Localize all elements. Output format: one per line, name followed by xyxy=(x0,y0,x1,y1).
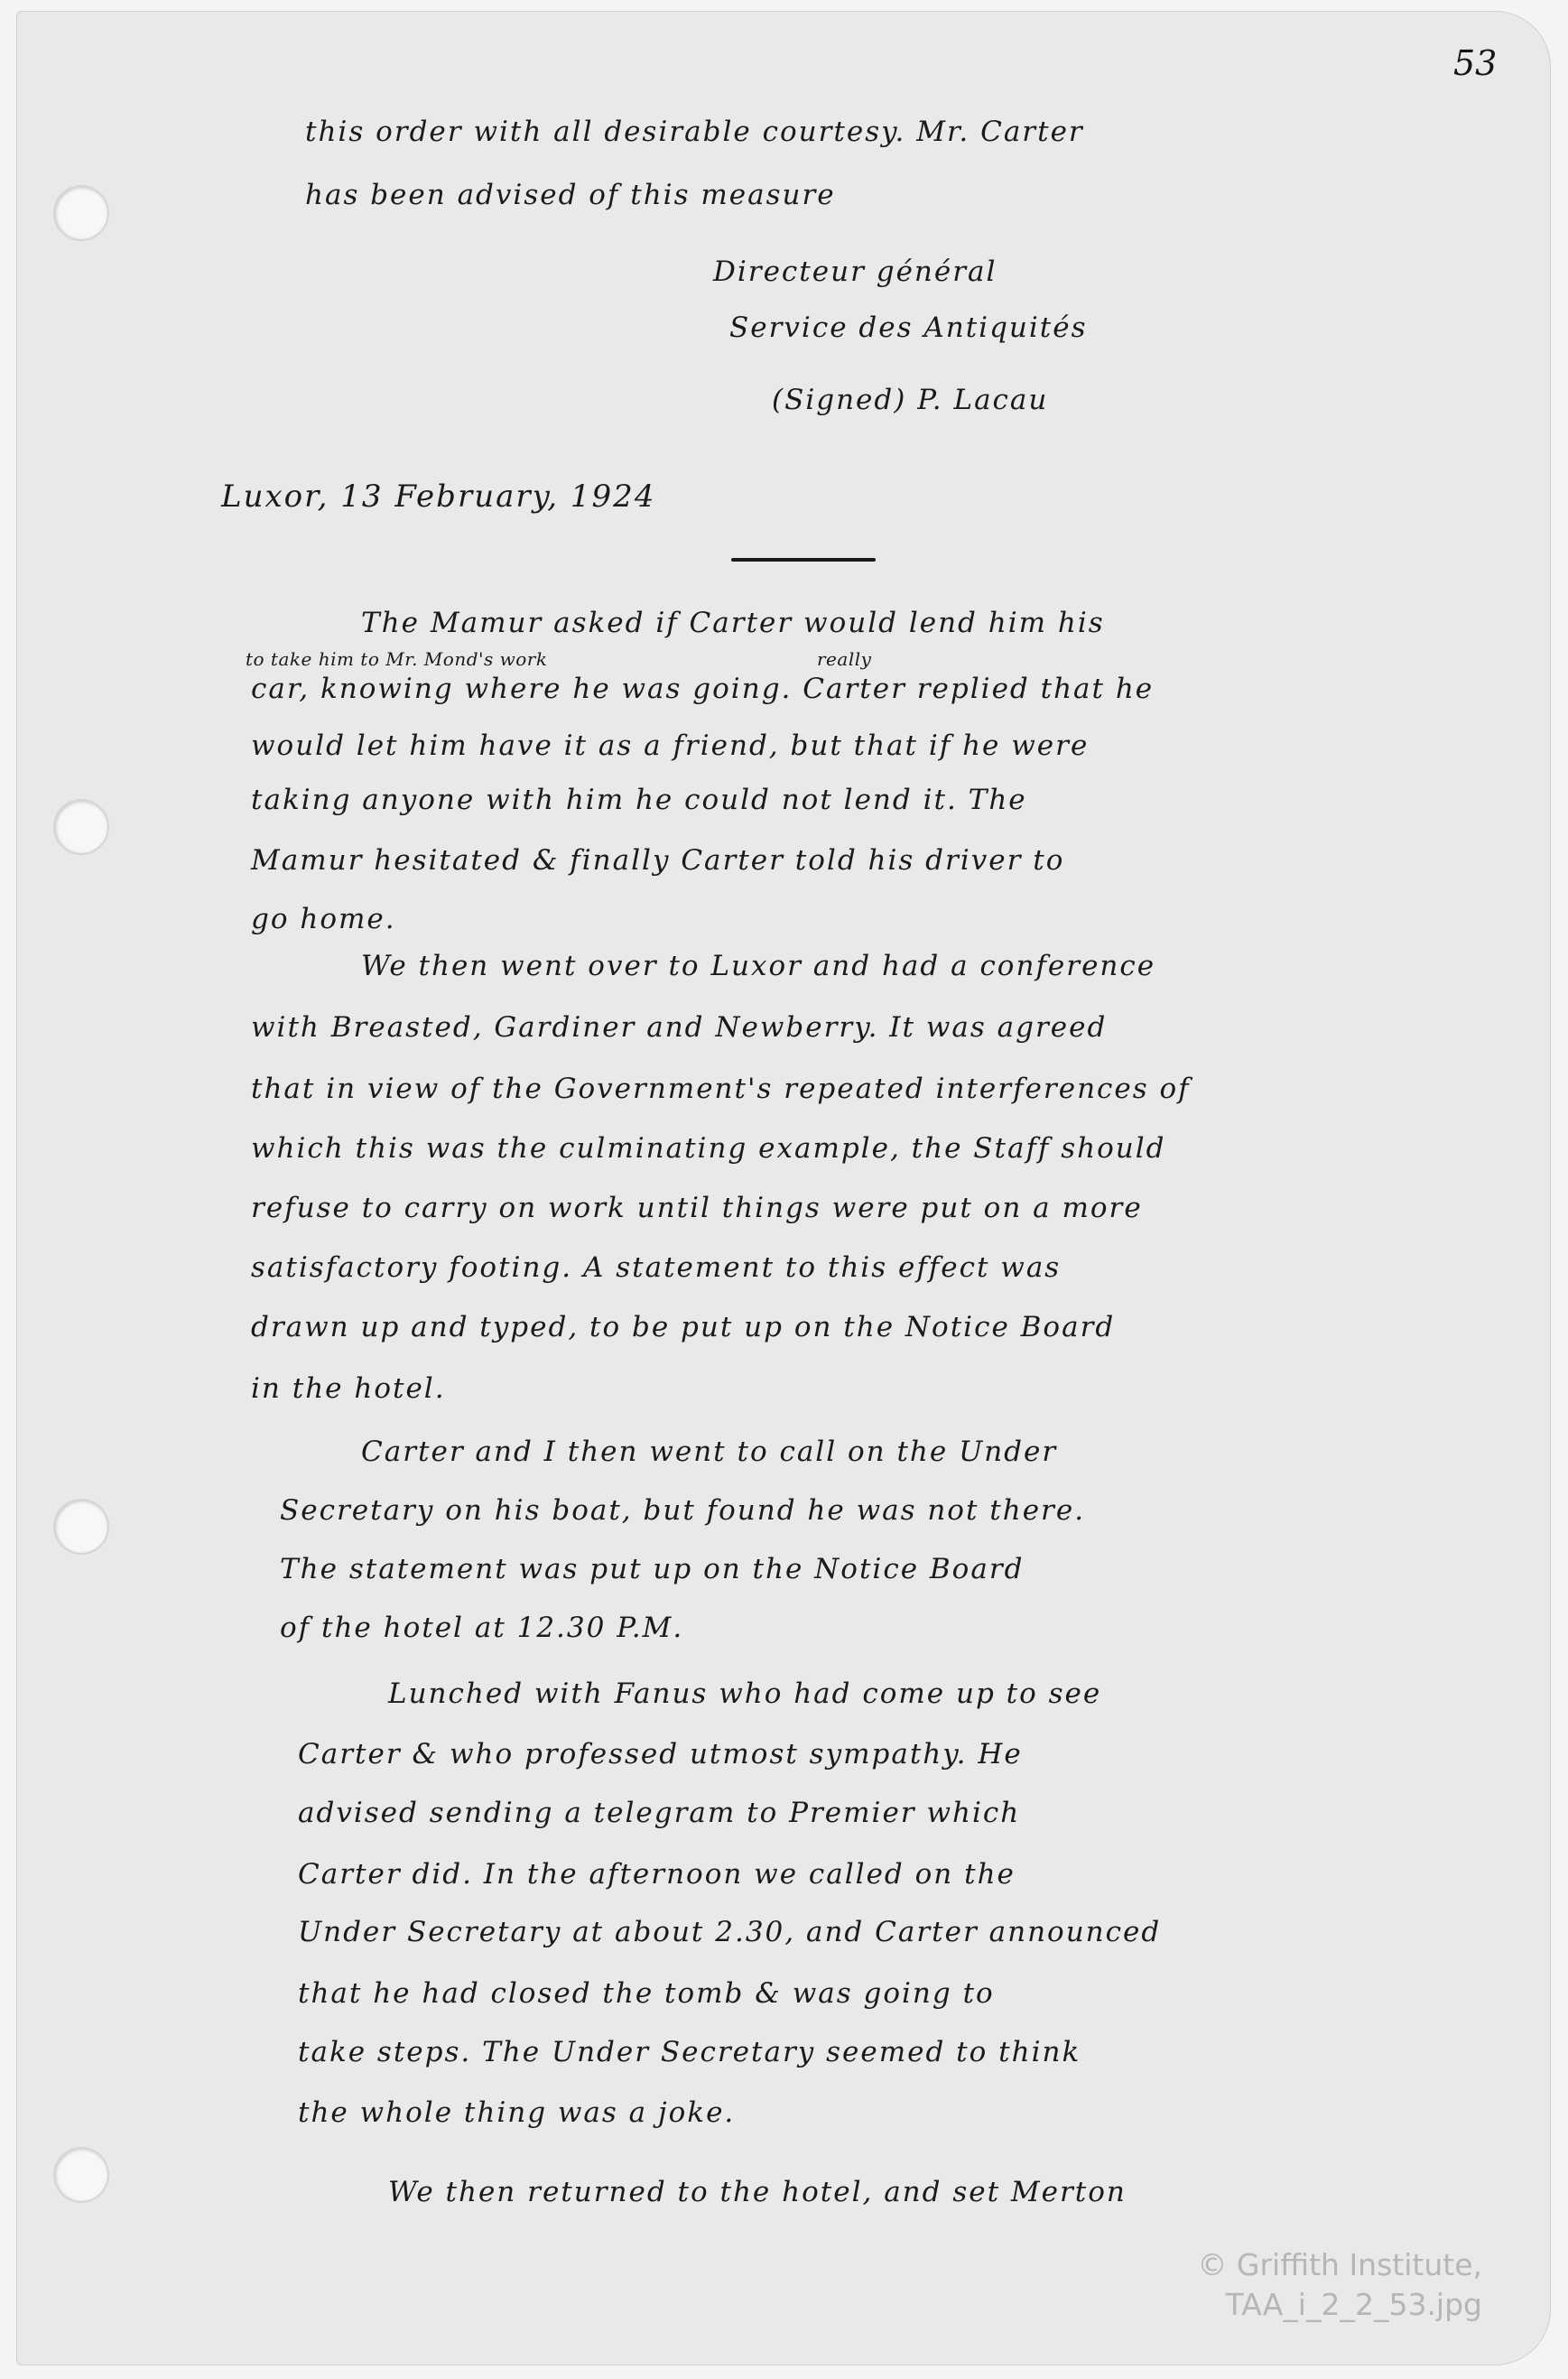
signature-service: Service des Antiquités xyxy=(729,311,1088,344)
signature-title: Directeur général xyxy=(713,256,997,288)
separator-rule xyxy=(731,558,876,562)
watermark-copyright: © Griffith Institute, xyxy=(1197,2245,1482,2285)
body-line: Carter & who professed utmost sympathy. … xyxy=(298,1738,1023,1770)
insertion-really: really xyxy=(817,648,871,670)
body-line: The Mamur asked if Carter would lend him… xyxy=(361,607,1105,639)
manuscript-page xyxy=(16,11,1551,2365)
insertion-car-purpose: to take him to Mr. Mond's work xyxy=(246,648,547,670)
body-line: taking anyone with him he could not lend… xyxy=(251,784,1027,816)
body-line: that he had closed the tomb & was going … xyxy=(298,1977,995,2010)
body-line: Lunched with Fanus who had come up to se… xyxy=(388,1677,1101,1710)
body-line: Mamur hesitated & finally Carter told hi… xyxy=(251,844,1064,877)
punch-hole xyxy=(55,2149,107,2201)
letter-line: this order with all desirable courtesy. … xyxy=(305,116,1084,148)
body-line: in the hotel. xyxy=(251,1372,446,1405)
body-line: drawn up and typed, to be put up on the … xyxy=(251,1311,1115,1343)
punch-hole xyxy=(55,801,107,853)
body-line: refuse to carry on work until things wer… xyxy=(251,1192,1143,1224)
letter-line: has been advised of this measure xyxy=(305,179,836,211)
body-line: with Breasted, Gardiner and Newberry. It… xyxy=(251,1011,1107,1044)
watermark: © Griffith Institute, TAA_i_2_2_53.jpg xyxy=(1197,2245,1482,2325)
body-line: We then returned to the hotel, and set M… xyxy=(388,2176,1127,2208)
body-line: take steps. The Under Secretary seemed t… xyxy=(298,2036,1081,2068)
body-line: car, knowing where he was going. Carter … xyxy=(251,673,1154,705)
body-line: advised sending a telegram to Premier wh… xyxy=(298,1797,1020,1829)
body-line: Carter did. In the afternoon we called o… xyxy=(298,1858,1016,1891)
body-line: of the hotel at 12.30 P.M. xyxy=(280,1612,683,1644)
body-line: that in view of the Government's repeate… xyxy=(251,1073,1191,1105)
body-line: Carter and I then went to call on the Un… xyxy=(361,1436,1057,1468)
punch-hole xyxy=(55,1501,107,1553)
punch-hole xyxy=(55,187,107,239)
body-line: Secretary on his boat, but found he was … xyxy=(280,1494,1085,1527)
signature-name: (Signed) P. Lacau xyxy=(772,384,1048,416)
page-number: 53 xyxy=(1453,43,1497,83)
body-line: satisfactory footing. A statement to thi… xyxy=(251,1251,1061,1284)
watermark-filename: TAA_i_2_2_53.jpg xyxy=(1197,2285,1482,2325)
body-line: would let him have it as a friend, but t… xyxy=(251,729,1089,762)
body-line: go home. xyxy=(251,903,396,935)
dateline: Luxor, 13 February, 1924 xyxy=(221,479,655,515)
body-line: We then went over to Luxor and had a con… xyxy=(361,950,1155,982)
body-line: Under Secretary at about 2.30, and Carte… xyxy=(298,1916,1161,1948)
body-line: the whole thing was a joke. xyxy=(298,2096,735,2129)
body-line: which this was the culminating example, … xyxy=(251,1132,1166,1165)
body-line: The statement was put up on the Notice B… xyxy=(280,1553,1025,1585)
